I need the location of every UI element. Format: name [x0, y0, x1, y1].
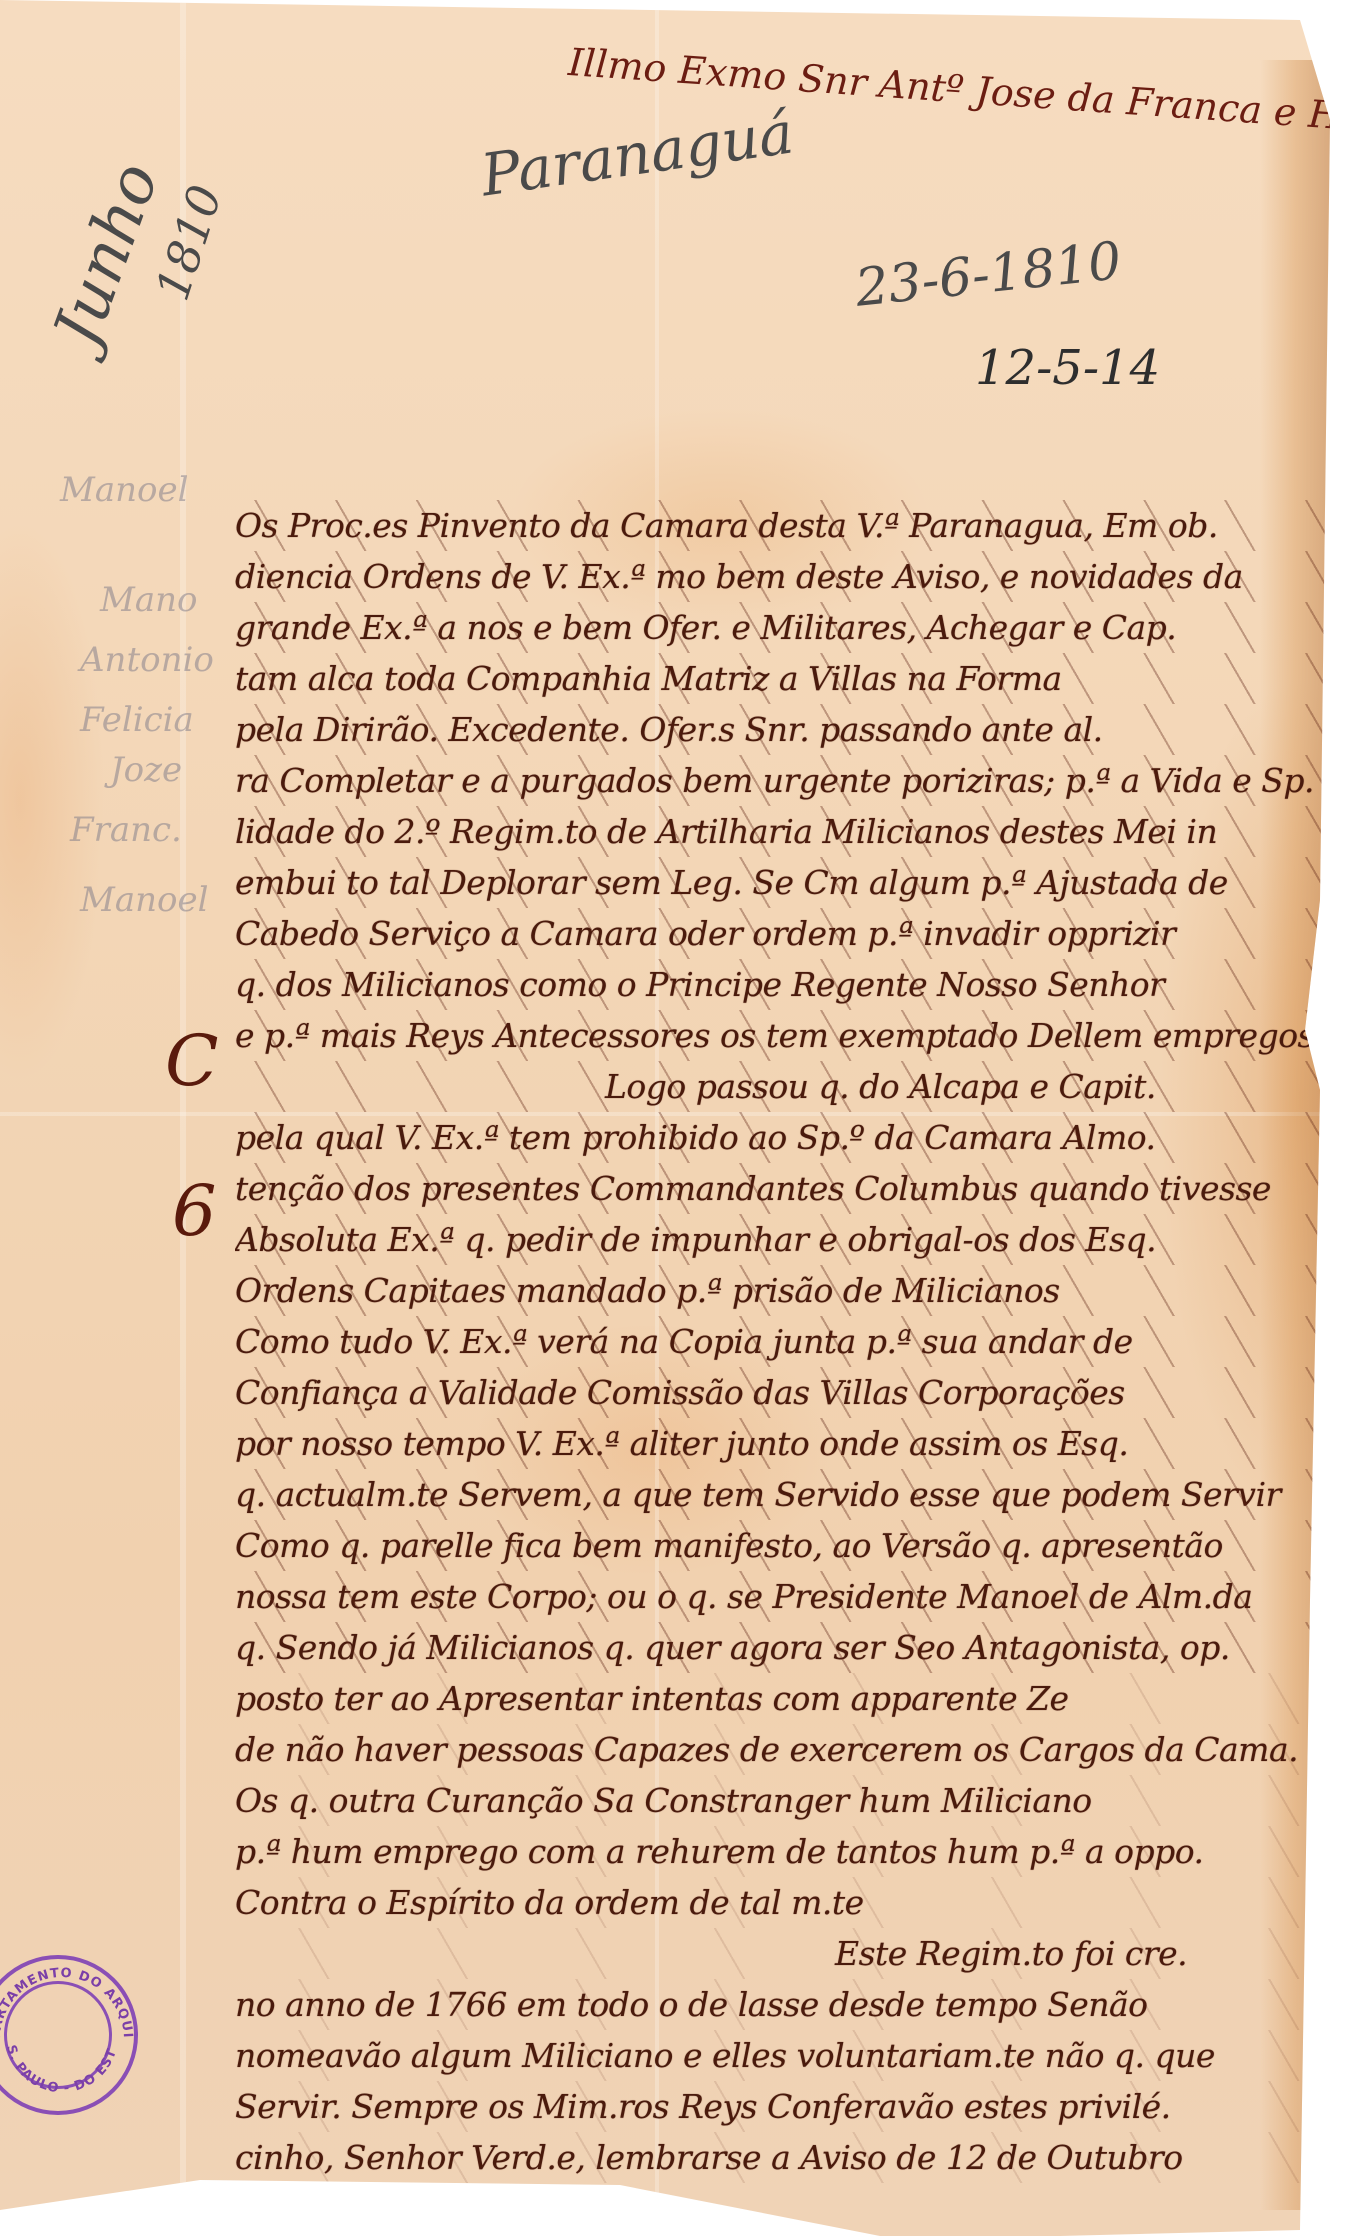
body-line: q. dos Milicianos como o Principe Regent… — [235, 959, 1325, 1010]
body-line: nomeavão algum Miliciano e elles volunta… — [235, 2030, 1325, 2081]
body-line: ra Completar e a purgados bem urgente po… — [235, 755, 1325, 806]
bleed-through-text: Manoel — [80, 880, 208, 920]
bleed-through-text: Manoel — [60, 470, 188, 510]
body-line: pela qual V. Ex.ª tem prohibido ao Sp.º … — [235, 1112, 1325, 1163]
bleed-through-text: Antonio — [80, 640, 214, 680]
body-line: Contra o Espírito da ordem de tal m.te — [235, 1877, 1325, 1928]
body-line: embui to tal Deplorar sem Leg. Se Cm alg… — [235, 857, 1325, 908]
letter-body: Os Proc.es Pinvento da Camara desta V.ª … — [235, 500, 1325, 2183]
body-line: Os q. outra Curanção Sa Constranger hum … — [235, 1775, 1325, 1826]
body-line: lidade do 2.º Regim.to de Artilharia Mil… — [235, 806, 1325, 857]
svg-text:DEPARTAMENTO DO ARQUIVO: DEPARTAMENTO DO ARQUIVO — [0, 1959, 135, 2040]
archive-stamp-lettering: DEPARTAMENTO DO ARQUIVO S. PAULO - DO ES… — [0, 1959, 142, 2119]
body-line: tenção dos presentes Commandantes Columb… — [235, 1163, 1325, 1214]
body-line: grande Ex.ª a nos e bem Ofer. e Militare… — [235, 602, 1325, 653]
body-line: Como tudo V. Ex.ª verá na Copia junta p.… — [235, 1316, 1325, 1367]
body-line: por nosso tempo V. Ex.ª aliter junto ond… — [235, 1418, 1325, 1469]
archive-stamp: DEPARTAMENTO DO ARQUIVO S. PAULO - DO ES… — [0, 1955, 138, 2115]
body-line: cinho, Senhor Verd.e, lembrarse a Aviso … — [235, 2132, 1325, 2183]
body-line: p.ª hum emprego com a rehurem de tantos … — [235, 1826, 1325, 1877]
body-line: q. actualm.te Servem, a que tem Servido … — [235, 1469, 1325, 1520]
bleed-through-text: Felicia — [80, 700, 194, 740]
body-line: e p.ª mais Reys Antecessores os tem exem… — [235, 1010, 1325, 1061]
body-line: de não haver pessoas Capazes de exercere… — [235, 1724, 1325, 1775]
paper-fold-vertical — [180, 0, 186, 2236]
manuscript-page: Manoel Mano Antonio Felicia Joze Franc. … — [0, 0, 1340, 2236]
body-line: Servir. Sempre os Mim.ros Reys Conferavã… — [235, 2081, 1325, 2132]
margin-mark: 6 — [172, 1170, 217, 1252]
bleed-through-text: Joze — [110, 750, 182, 790]
body-line: Este Regim.to foi cre. — [235, 1928, 1325, 1979]
body-line: Ordens Capitaes mandado p.ª prisão de Mi… — [235, 1265, 1325, 1316]
body-line: pela Dirirão. Excedente. Ofer.s Snr. pas… — [235, 704, 1325, 755]
body-line: q. Sendo já Milicianos q. quer agora ser… — [235, 1622, 1325, 1673]
body-line: diencia Ordens de V. Ex.ª mo bem deste A… — [235, 551, 1325, 602]
body-line: Confiança a Validade Comissão das Villas… — [235, 1367, 1325, 1418]
body-line: Logo passou q. do Alcapa e Capit. — [235, 1061, 1325, 1112]
bleed-through-text: Franc. — [70, 810, 182, 850]
stamp-top-text: DEPARTAMENTO DO ARQUIVO — [0, 1959, 135, 2040]
pencil-note-reference: 12-5-14 — [975, 340, 1160, 396]
body-line: no anno de 1766 em todo o de lasse desde… — [235, 1979, 1325, 2030]
margin-mark: C — [165, 1020, 219, 1102]
body-line: Absoluta Ex.ª q. pedir de impunhar e obr… — [235, 1214, 1325, 1265]
body-line: tam alca toda Companhia Matriz a Villas … — [235, 653, 1325, 704]
body-line: posto ter ao Apresentar intentas com app… — [235, 1673, 1325, 1724]
body-line: Como q. parelle fica bem manifesto, ao V… — [235, 1520, 1325, 1571]
pencil-note-place: Paranaguá — [477, 98, 798, 209]
bleed-through-text: Mano — [100, 580, 197, 620]
pencil-note-date: 23-6-1810 — [853, 231, 1125, 319]
body-line: nossa tem este Corpo; ou o q. se Preside… — [235, 1571, 1325, 1622]
body-line: Cabedo Serviço a Camara oder ordem p.ª i… — [235, 908, 1325, 959]
body-line: Os Proc.es Pinvento da Camara desta V.ª … — [235, 500, 1325, 551]
pencil-note-month: Junho — [40, 153, 174, 355]
